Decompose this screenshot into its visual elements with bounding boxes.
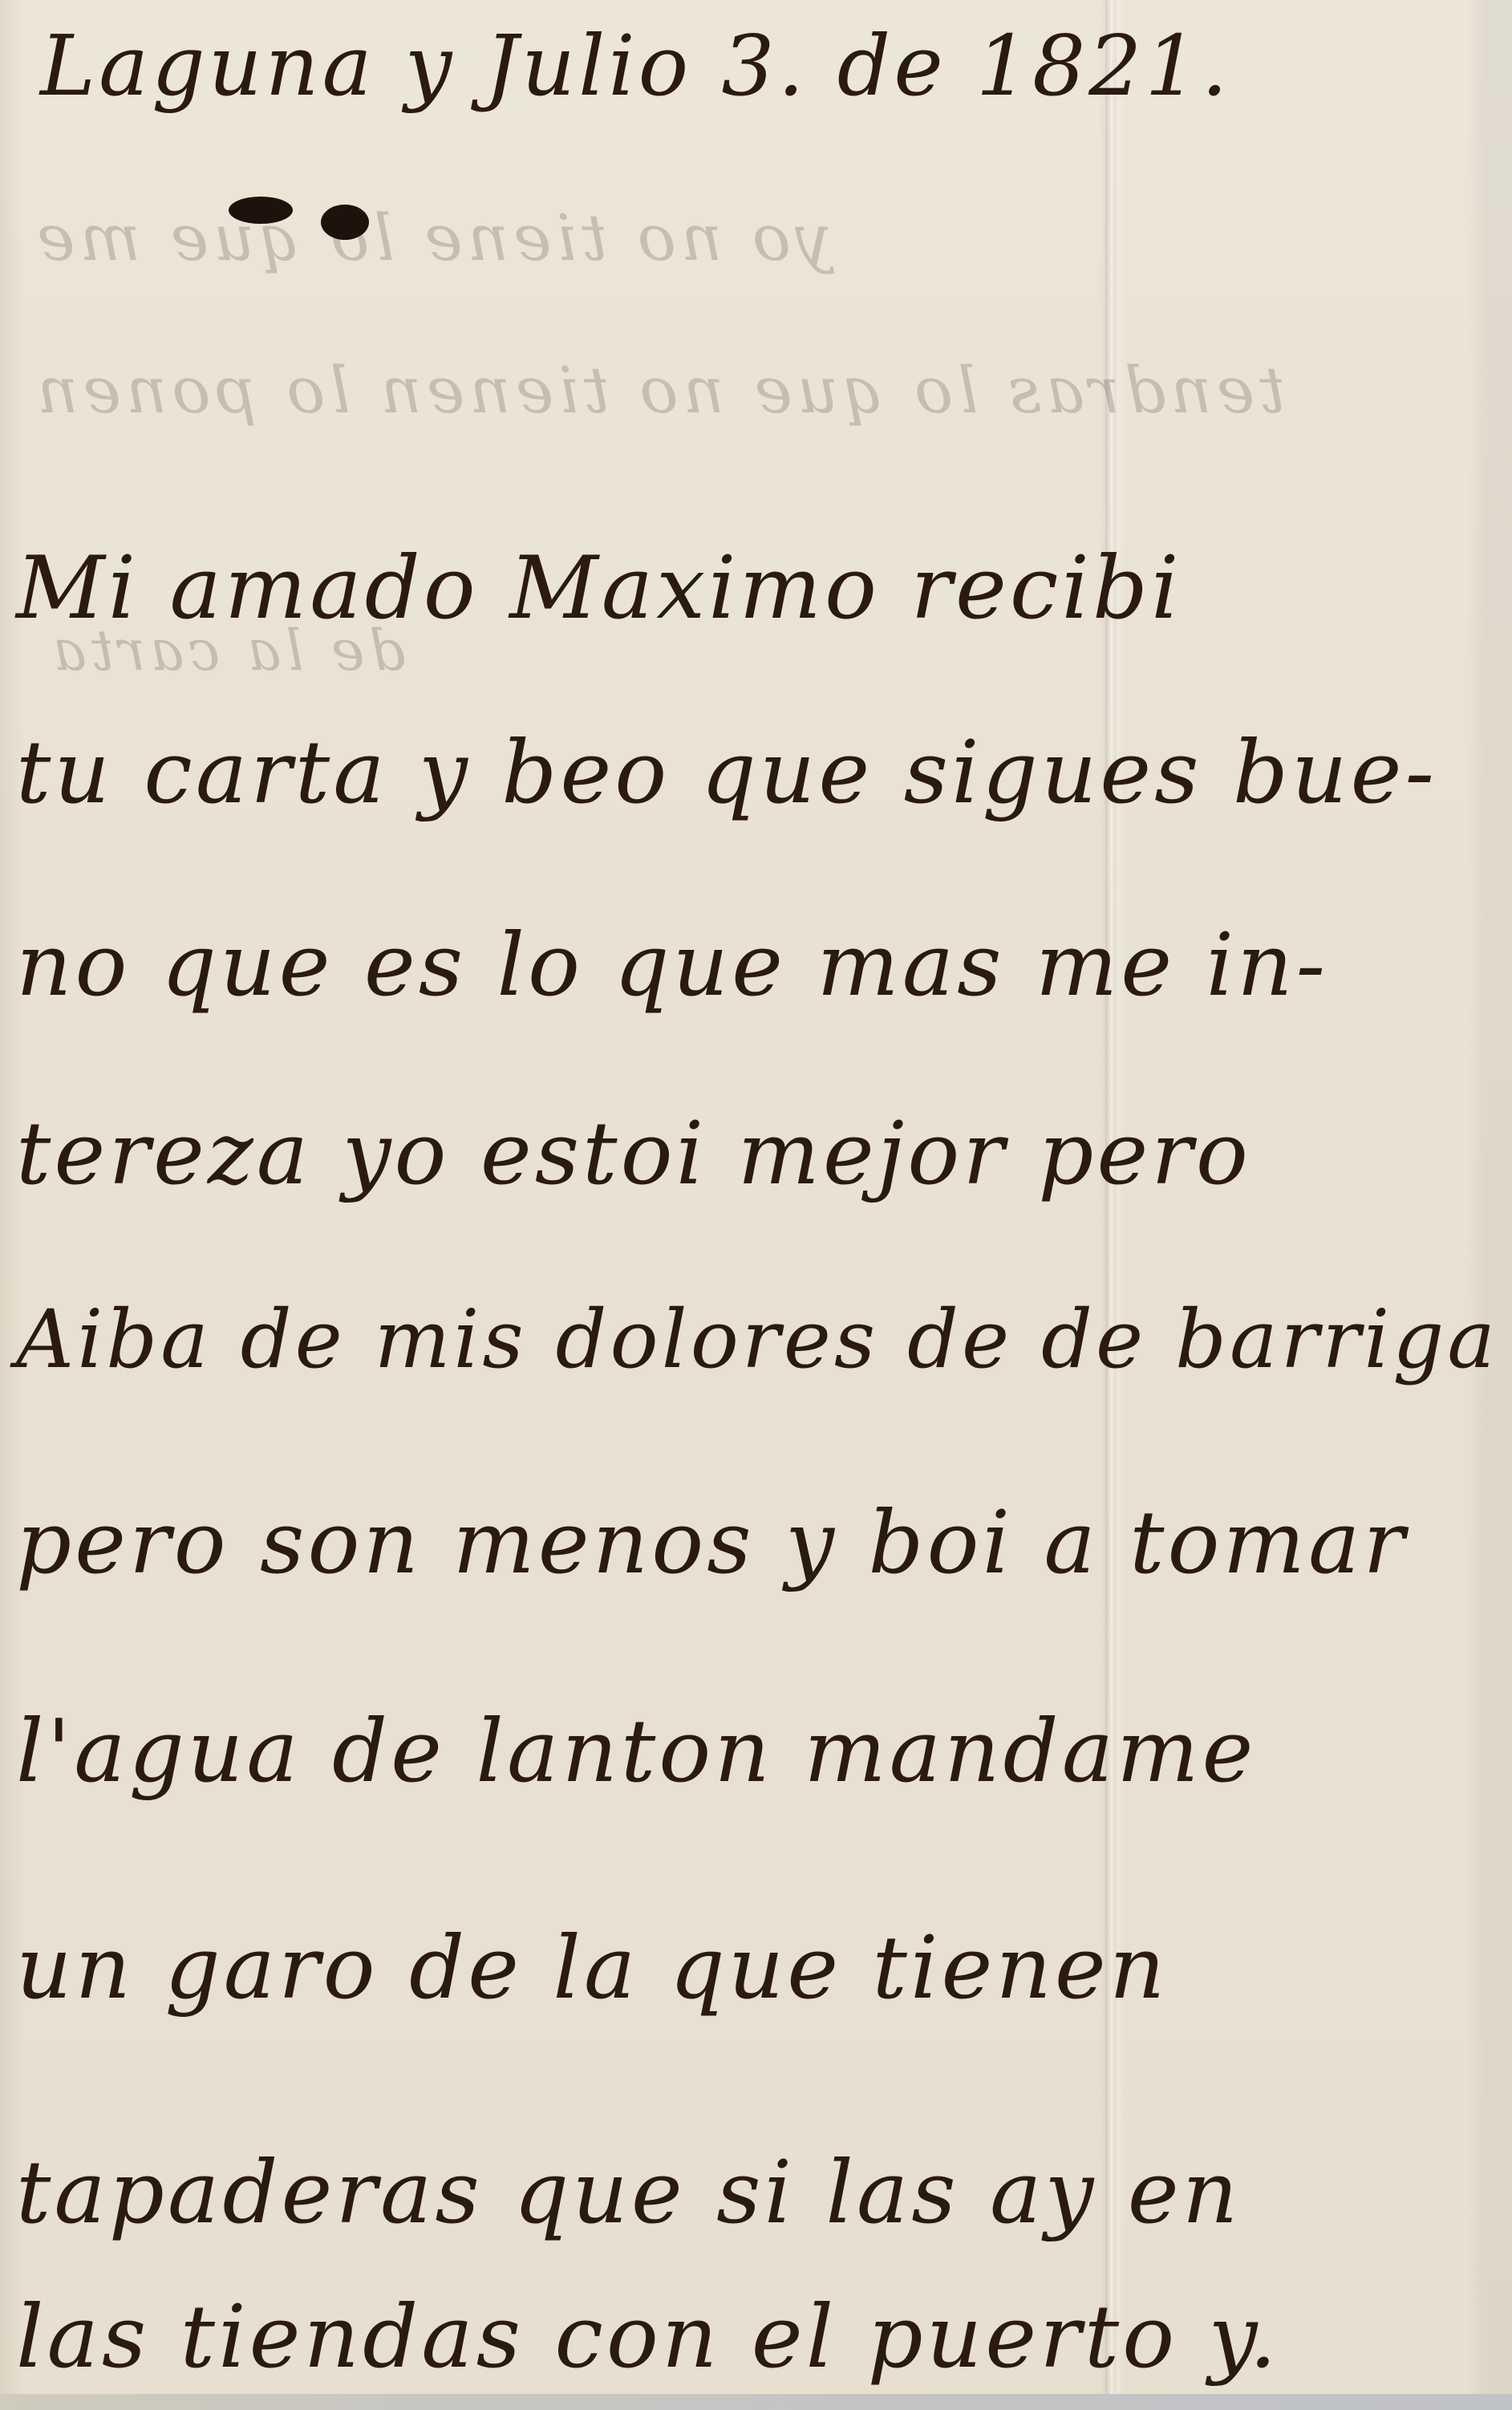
bleed-through-text: yo no tiene lo que me <box>32 201 832 275</box>
ink-blot <box>321 205 369 240</box>
letter-line: no que es lo que mas me in- <box>16 923 1328 1009</box>
letter-paper: yo no tiene lo que me tendras lo que no … <box>0 0 1512 2394</box>
letter-line: pero son menos y boi a tomar <box>16 1500 1408 1587</box>
background-surface <box>0 2394 1512 2410</box>
letter-line: Mi amado Maximo recibi <box>16 546 1182 632</box>
letter-line: un garo de la que tienen <box>16 1925 1168 2012</box>
letter-line: tapaderas que si las ay en <box>16 2150 1241 2237</box>
bleed-through-text: tendras lo que no tienen lo ponen <box>32 353 1285 428</box>
letter-line: las tiendas con el puerto y. <box>16 2294 1280 2381</box>
letter-line: l'agua de lanton mandame <box>16 1709 1256 1795</box>
letter-line: Aiba de mis dolores de de barriga <box>16 1300 1498 1380</box>
ink-blot <box>229 197 293 224</box>
letter-date-line: Laguna y Julio 3. de 1821. <box>40 24 1231 108</box>
letter-line: tereza yo estoi mejor pero <box>16 1111 1251 1198</box>
letter-line: tu carta y beo que sigues bue- <box>16 730 1437 817</box>
